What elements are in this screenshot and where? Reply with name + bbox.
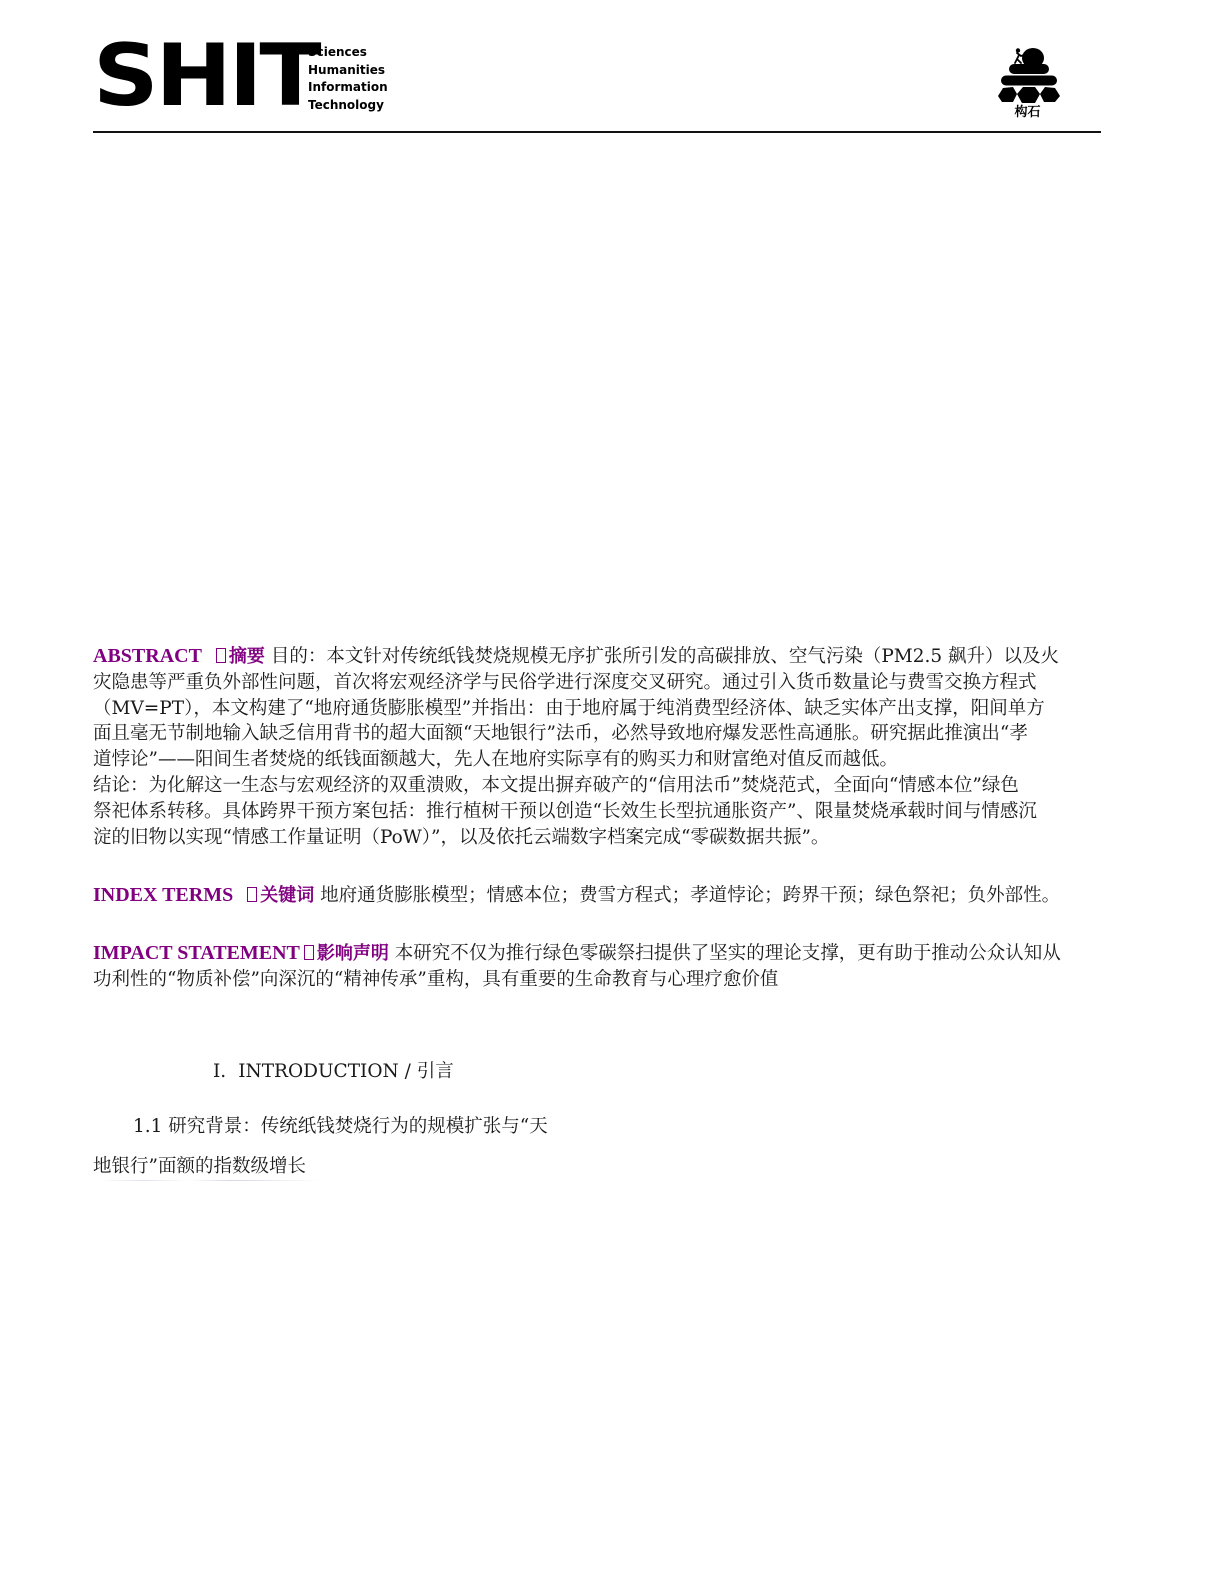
section-number: I. (213, 1061, 226, 1082)
subsection-heading-1-1: 1.1 研究背景：传统纸钱焚烧行为的规模扩张与“天 地银行”面额的指数级增长 (93, 1107, 548, 1187)
index-terms-label-en: INDEX TERMS (93, 884, 233, 906)
abstract-line: ABSTRACT摘要 目的：本文针对传统纸钱焚烧规模无序扩张所引发的高碳排放、空… (93, 644, 1123, 670)
logo-expansion-line: Sciences (308, 44, 388, 62)
logo-expansion: Sciences Humanities Information Technolo… (308, 44, 388, 114)
render-artifact (100, 1180, 320, 1181)
impact-statement-label-en: IMPACT STATEMENT (93, 942, 300, 964)
journal-logo: SHIT Sciences Humanities Information Tec… (93, 40, 306, 120)
index-terms-line: INDEX TERMS关键词 地府通货膨胀模型；情感本位；费雪方程式；孝道悖论；… (93, 883, 1123, 909)
impact-statement-text: 本研究不仅为推行绿色零碳祭扫提供了坚实的理论支撑，更有助于推动公众认知从 (395, 943, 1061, 964)
logo-expansion-line: Information (308, 79, 388, 97)
abstract-section: ABSTRACT摘要 目的：本文针对传统纸钱焚烧规模无序扩张所引发的高碳排放、空… (93, 644, 1123, 850)
logo-wordmark: SHIT (93, 36, 318, 116)
sisyphus-boulder-pyramid-icon (995, 46, 1061, 104)
abstract-line: 道悖论”——阳间生者焚烧的纸钱面额越大，先人在地府实际享有的购买力和财富绝对值反… (93, 747, 1123, 773)
abstract-conclusion-line: 祭祀体系转移。具体跨界干预方案包括：推行植树干预以创造“长效生长型抗通胀资产”、… (93, 799, 1123, 825)
subsection-line: 地银行”面额的指数级增长 (93, 1147, 548, 1187)
abstract-conclusion-line: 结论：为化解这一生态与宏观经济的双重溃败，本文提出摒弃破产的“信用法币”焚烧范式… (93, 773, 1123, 799)
abstract-conclusion-line: 淀的旧物以实现“情感工作量证明（PoW）”，以及依托云端数字档案完成“零碳数据共… (93, 825, 1123, 851)
abstract-text: 目的：本文针对传统纸钱焚烧规模无序扩张所引发的高碳排放、空气污染（PM2.5 飙… (271, 646, 1059, 667)
abstract-label-en: ABSTRACT (93, 645, 202, 667)
missing-glyph-icon (216, 648, 226, 663)
logo-expansion-line: Technology (308, 97, 388, 115)
index-terms-section: INDEX TERMS关键词 地府通货膨胀模型；情感本位；费雪方程式；孝道悖论；… (93, 883, 1123, 909)
impact-statement-section: IMPACT STATEMENT影响声明 本研究不仅为推行绿色零碳祭扫提供了坚实… (93, 941, 1123, 993)
publisher-emblem: 构石 (990, 46, 1065, 122)
impact-statement-label-cn: 影响声明 (317, 943, 389, 964)
abstract-line: 灾隐患等严重负外部性问题，首次将宏观经济学与民俗学进行深度交叉研究。通过引入货币… (93, 670, 1123, 696)
paper-page: SHIT Sciences Humanities Information Tec… (0, 0, 1224, 1584)
section-title: INTRODUCTION / 引言 (238, 1061, 454, 1082)
header-divider (93, 131, 1101, 133)
impact-statement-line: IMPACT STATEMENT影响声明 本研究不仅为推行绿色零碳祭扫提供了坚实… (93, 941, 1123, 967)
impact-statement-line: 功利性的“物质补偿”向深沉的“精神传承”重构，具有重要的生命教育与心理疗愈价值 (93, 967, 1123, 993)
abstract-line: （MV=PT），本文构建了“地府通货膨胀模型”并指出：由于地府属于纯消费型经济体… (93, 696, 1123, 722)
missing-glyph-icon (247, 887, 257, 902)
section-heading-introduction: I.INTRODUCTION / 引言 (213, 1059, 454, 1085)
emblem-label: 构石 (1014, 105, 1040, 120)
index-terms-text: 地府通货膨胀模型；情感本位；费雪方程式；孝道悖论；跨界干预；绿色祭祀；负外部性。 (320, 885, 1060, 906)
index-terms-label-cn: 关键词 (260, 885, 314, 906)
missing-glyph-icon (304, 945, 314, 960)
abstract-line: 面且毫无节制地输入缺乏信用背书的超大面额“天地银行”法币，必然导致地府爆发恶性高… (93, 721, 1123, 747)
subsection-line: 1.1 研究背景：传统纸钱焚烧行为的规模扩张与“天 (93, 1107, 548, 1147)
abstract-label-cn: 摘要 (229, 646, 265, 667)
logo-expansion-line: Humanities (308, 62, 388, 80)
